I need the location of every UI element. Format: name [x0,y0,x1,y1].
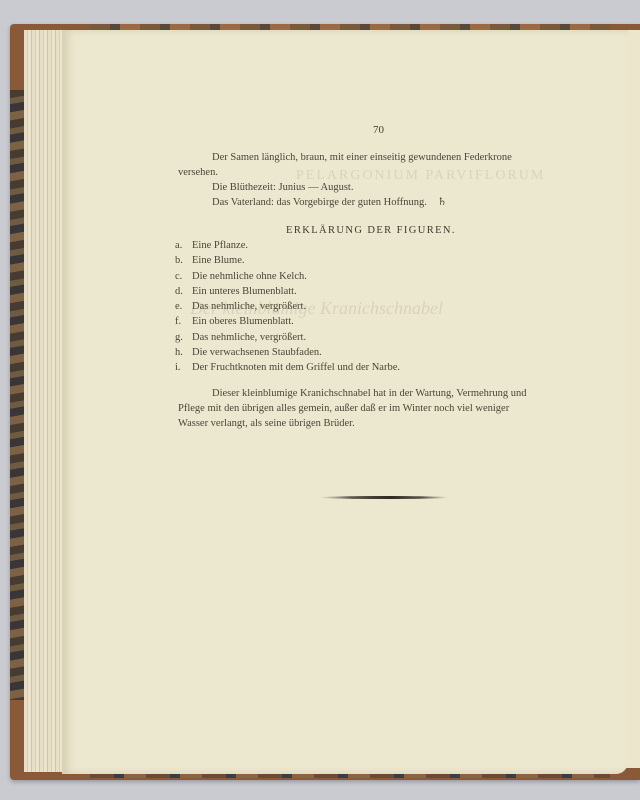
page-number: 70 [373,124,384,136]
closing-line: Wasser verlangt, als seine übrigen Brüde… [178,416,355,431]
end-ornament-rule [320,496,448,499]
figure-item: c.Die nehmliche ohne Kelch. [175,271,400,286]
intro-line: Der Samen länglich, braun, mit einer ein… [212,150,512,165]
marbled-edge [10,90,24,700]
intro-line: Das Vaterland: das Vorgebirge der guten … [212,195,447,210]
figure-item: i.Der Fruchtknoten mit dem Griffel und d… [175,362,400,377]
closing-line: Pflege mit den übrigen alles gemein, auß… [178,401,509,416]
intro-line: Die Blüthezeit: Junius — August. [212,180,353,195]
figure-item: d.Ein unteres Blumenblatt. [175,286,400,301]
homeland-text: Das Vaterland: das Vorgebirge der guten … [212,197,427,208]
figure-item: g.Das nehmliche, vergrößert. [175,332,400,347]
intro-line: versehen. [178,165,218,180]
figure-item: a.Eine Pflanze. [175,240,400,255]
figure-item: e.Das nehmliche, vergrößert. [175,301,400,316]
figures-list: a.Eine Pflanze. b.Eine Blume. c.Die nehm… [175,240,400,378]
figure-item: f.Ein oberes Blumenblatt. [175,316,400,331]
figure-item: h.Die verwachsenen Staubfaden. [175,347,400,362]
figures-heading: ERKLÄRUNG DER FIGUREN. [286,225,456,236]
perennial-symbol-icon: ♄ [438,197,447,208]
figure-item: b.Eine Blume. [175,255,400,270]
closing-line: Dieser kleinblumige Kranichschnabel hat … [212,386,527,401]
